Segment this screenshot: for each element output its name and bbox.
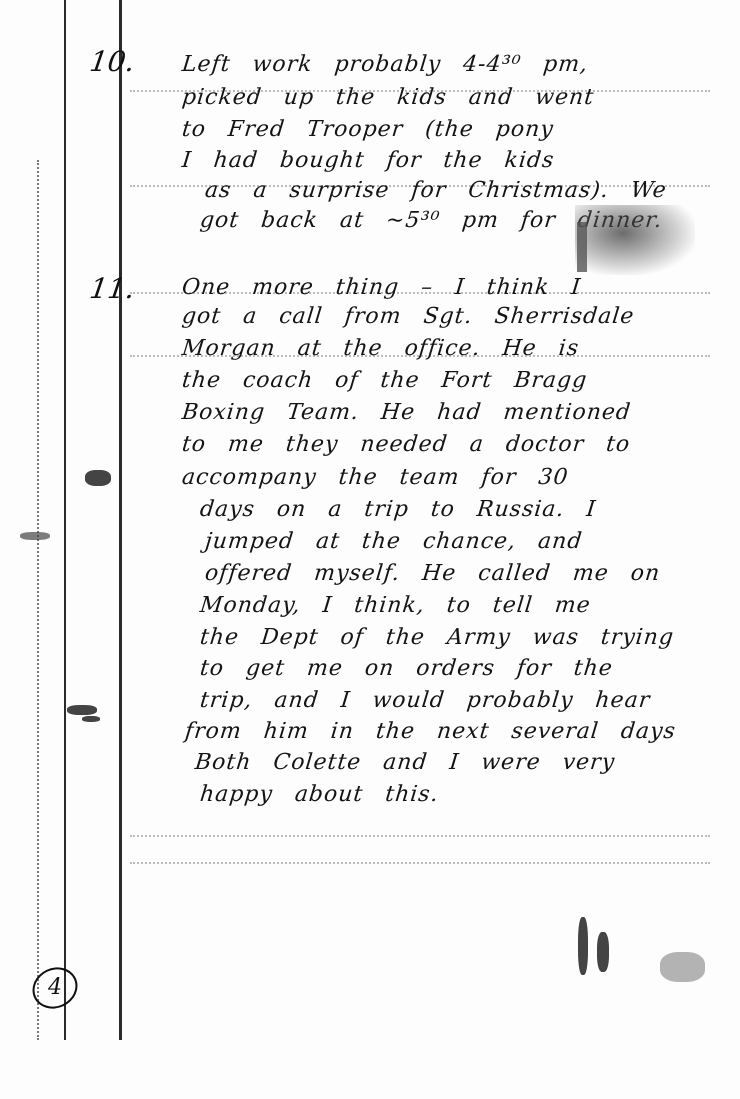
item-11-line-1: One more thing – I think I <box>181 275 583 300</box>
margin-blot <box>67 705 97 715</box>
item-10-line-2: picked up the kids and went <box>181 85 596 110</box>
item-number-11: 11. <box>88 272 137 305</box>
margin-blot <box>85 470 111 486</box>
item-10-line-4: I had bought for the kids <box>181 148 556 173</box>
ruled-line <box>130 835 710 837</box>
item-11-line-17: happy about this. <box>199 782 440 807</box>
item-10-line-5: as a surprise for Christmas). We <box>204 178 668 203</box>
item-11-line-9: jumped at the chance, and <box>204 529 584 554</box>
item-10-line-1: Left work probably 4-4³⁰ pm, <box>181 52 590 77</box>
item-11-line-5: Boxing Team. He had mentioned <box>181 400 633 425</box>
ink-smudge <box>575 205 695 275</box>
page-blot <box>597 932 609 972</box>
item-11-line-15: from him in the next several days <box>184 719 677 744</box>
item-11-line-10: offered myself. He called me on <box>204 561 662 586</box>
item-11-line-12: the Dept of the Army was trying <box>199 625 676 650</box>
item-11-line-14: trip, and I would probably hear <box>199 688 652 713</box>
item-number-10: 10. <box>88 45 137 78</box>
item-11-line-2: got a call from Sgt. Sherrisdale <box>181 304 636 329</box>
ruled-line <box>130 862 710 864</box>
page-number: 4 <box>48 970 62 1006</box>
item-11-line-11: Monday, I think, to tell me <box>199 593 592 618</box>
page-number-circle: 4 <box>26 960 85 1016</box>
margin-dotted-line <box>37 160 39 1040</box>
item-11-line-7: accompany the team for 30 <box>181 465 570 490</box>
margin-blot <box>20 532 50 540</box>
page-blot <box>578 917 588 975</box>
page-blot <box>660 952 705 982</box>
item-11-line-4: the coach of the Fort Bragg <box>181 368 589 393</box>
margin-rule-outer <box>64 0 66 1040</box>
item-11-line-8: days on a trip to Russia. I <box>199 497 598 522</box>
item-11-line-16: Both Colette and I were very <box>194 750 617 775</box>
item-10-line-3: to Fred Trooper (the pony <box>181 117 555 142</box>
document-page: 10. Left work probably 4-4³⁰ pm, picked … <box>0 0 740 1099</box>
ink-smudge-mark <box>577 222 587 272</box>
item-11-line-6: to me they needed a doctor to <box>181 432 632 457</box>
margin-blot <box>82 716 100 722</box>
margin-rule-inner <box>119 0 122 1040</box>
item-11-line-3: Morgan at the office. He is <box>181 336 581 361</box>
item-11-line-13: to get me on orders for the <box>199 656 615 681</box>
